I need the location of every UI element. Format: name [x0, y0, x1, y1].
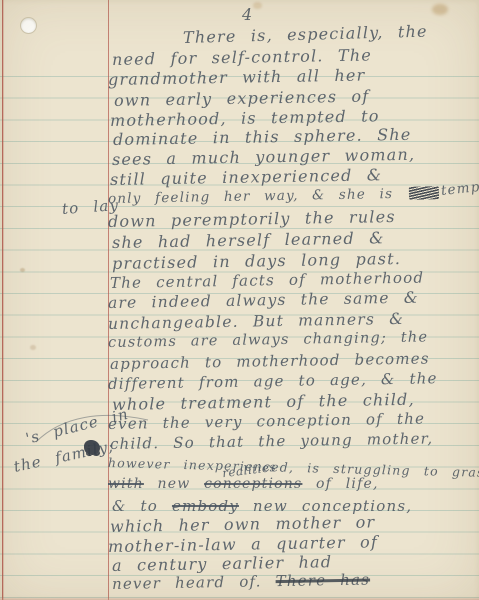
- manuscript-page: 4 There is, especially, theneed for self…: [0, 0, 479, 600]
- line-segment: still quite inexperienced &: [110, 165, 383, 189]
- manuscript-line: child. So that the young mother,: [110, 429, 434, 453]
- manuscript-line: never heard of. There has: [112, 570, 370, 593]
- line-segment: new: [144, 476, 204, 492]
- stain: [432, 4, 448, 15]
- hole-punch: [21, 18, 36, 33]
- left-edge-red-line: [2, 0, 3, 600]
- manuscript-line: grandmother with all her: [108, 66, 366, 89]
- stain: [20, 268, 25, 272]
- line-segment: only feeling her way, & she is: [108, 186, 407, 207]
- crossed-out-text: with: [108, 476, 144, 492]
- page-number: 4: [242, 5, 253, 24]
- ink-blot: [84, 440, 100, 455]
- manuscript-line: mother-in-law a quarter of: [108, 532, 378, 556]
- stain: [30, 345, 36, 350]
- line-segment: are indeed always the same &: [108, 289, 419, 312]
- line-segment: grandmother with all her: [108, 66, 366, 89]
- manuscript-line: down peremptorily the rules: [108, 207, 396, 231]
- crossed-out-text: There has: [275, 570, 370, 590]
- line-segment: mother-in-law a quarter of: [108, 532, 378, 556]
- manuscript-line: unchangeable. But manners &: [108, 310, 404, 333]
- line-segment: she had herself learned &: [112, 228, 385, 252]
- crossed-out-text: conceptionsrealities: [204, 476, 302, 492]
- stain: [253, 2, 262, 9]
- line-segment: down peremptorily the rules: [108, 207, 396, 231]
- line-segment: tempted: [440, 176, 479, 199]
- line-segment: unchangeable. But manners &: [108, 310, 404, 333]
- manuscript-line: are indeed always the same &: [108, 289, 419, 312]
- manuscript-line: There is, especially, the: [183, 22, 428, 47]
- line-segment: & to: [112, 497, 172, 515]
- line-segment: child. So that the young mother,: [110, 429, 434, 453]
- crossed-out-text: embody: [172, 497, 239, 515]
- line-segment: customs are always changing; the: [108, 329, 428, 351]
- manuscript-line: with new conceptionsrealities of life,: [108, 476, 379, 492]
- line-segment: never heard of.: [112, 572, 276, 593]
- scribbled-out-word: [409, 186, 439, 200]
- manuscript-line: she had herself learned &: [112, 228, 385, 252]
- manuscript-line: customs are always changing; the: [108, 329, 428, 351]
- line-segment: There is, especially, the: [183, 22, 428, 47]
- manuscript-line: still quite inexperienced &: [110, 165, 383, 189]
- line-segment: of life,: [302, 476, 378, 492]
